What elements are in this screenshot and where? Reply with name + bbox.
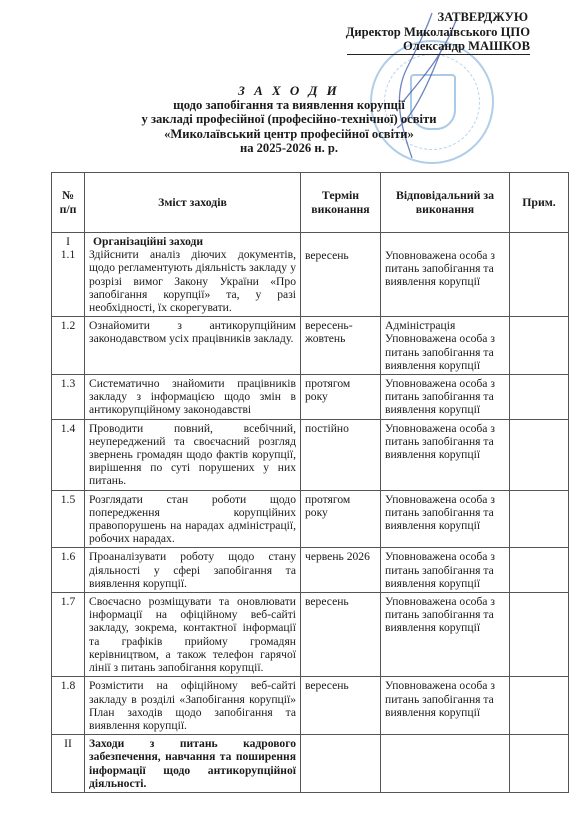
row-number: 1.8	[52, 677, 85, 735]
row-term: червень 2026	[301, 548, 381, 593]
item-number: 1.1	[56, 248, 80, 261]
row-content: Систематично знайомити працівників закла…	[85, 375, 301, 420]
header-term: Термін виконання	[301, 173, 381, 233]
row-content: Своєчасно розміщувати та оновлювати інфо…	[85, 593, 301, 677]
row-note	[510, 677, 569, 735]
title-line-3: у закладі професійної (професійно-техніч…	[0, 112, 578, 126]
table-header-row: № п/п Зміст заходів Термін виконання Від…	[52, 173, 569, 233]
table-row: 1.8Розмістити на офіційному веб-сайті за…	[52, 677, 569, 735]
row-responsible: Уповноважена особа з питань запобігання …	[381, 419, 510, 490]
row-term: протягом року	[301, 375, 381, 420]
term-text: вересень	[305, 249, 376, 262]
row-term	[301, 735, 381, 793]
row-number: 1.7	[52, 593, 85, 677]
row-responsible: Уповноважена особа з питань запобігання …	[381, 490, 510, 548]
row-note	[510, 317, 569, 375]
row-content: Розглядати стан роботи щодо попередження…	[85, 490, 301, 548]
row-content: Організаційні заходи Здійснити аналіз ді…	[85, 233, 301, 317]
title-line-2: щодо запобігання та виявлення корупції	[0, 98, 578, 112]
row-term: вересень	[301, 593, 381, 677]
section-title: Заходи з питань кадрового забезпечення, …	[85, 735, 301, 793]
row-responsible: Уповноважена особа з питань запобігання …	[381, 233, 510, 317]
row-term: постійно	[301, 419, 381, 490]
row-note	[510, 375, 569, 420]
header-responsible: Відповідальний за виконання	[381, 173, 510, 233]
row-content: Проаналізувати роботу щодо стану діяльно…	[85, 548, 301, 593]
row-term: вересень-жовтень	[301, 317, 381, 375]
table-row: 1.2Ознайомити з антикорупційним законода…	[52, 317, 569, 375]
document-title: З А Х О Д И щодо запобігання та виявленн…	[0, 84, 578, 155]
row-number: 1.2	[52, 317, 85, 375]
row-content: Розмістити на офіційному веб-сайті закла…	[85, 677, 301, 735]
header-note: Прим.	[510, 173, 569, 233]
approval-position: Директор Миколаївського ЦПО	[346, 25, 530, 40]
table-row: I 1.1 Організаційні заходи Здійснити ана…	[52, 233, 569, 317]
row-responsible: Уповноважена особа з питань запобігання …	[381, 593, 510, 677]
row-term: вересень	[301, 233, 381, 317]
approval-block: ЗАТВЕРДЖУЮ Директор Миколаївського ЦПО О…	[346, 10, 530, 55]
row-responsible: Уповноважена особа з питань запобігання …	[381, 548, 510, 593]
approval-heading: ЗАТВЕРДЖУЮ	[346, 10, 528, 25]
row-note	[510, 419, 569, 490]
title-line-5: на 2025-2026 н. р.	[0, 141, 578, 155]
table-row: 1.6Проаналізувати роботу щодо стану діял…	[52, 548, 569, 593]
header-num: № п/п	[52, 173, 85, 233]
measures-table: № п/п Зміст заходів Термін виконання Від…	[51, 172, 569, 793]
row-responsible: Уповноважена особа з питань запобігання …	[381, 677, 510, 735]
title-line-4: «Миколаївський центр професійної освіти»	[0, 127, 578, 141]
row-number: 1.6	[52, 548, 85, 593]
table-row: 1.7Своєчасно розміщувати та оновлювати і…	[52, 593, 569, 677]
responsible-text: Уповноважена особа з питань запобігання …	[385, 249, 505, 289]
row-responsible: Адміністрація Уповноважена особа з питан…	[381, 317, 510, 375]
row-number: 1.5	[52, 490, 85, 548]
row-term: протягом року	[301, 490, 381, 548]
row-note	[510, 548, 569, 593]
title-main: З А Х О Д И	[0, 84, 578, 98]
table-row: 1.4Проводити повний, всебічний, неуперед…	[52, 419, 569, 490]
row-note	[510, 490, 569, 548]
section-row: IIЗаходи з питань кадрового забезпечення…	[52, 735, 569, 793]
row-responsible	[381, 735, 510, 793]
row-term: вересень	[301, 677, 381, 735]
row-note	[510, 233, 569, 317]
table-row: 1.5Розглядати стан роботи щодо попередже…	[52, 490, 569, 548]
section-number: I	[56, 235, 80, 248]
row-responsible: Уповноважена особа з питань запобігання …	[381, 375, 510, 420]
table-row: 1.3Систематично знайомити працівників за…	[52, 375, 569, 420]
row-number: 1.3	[52, 375, 85, 420]
header-content: Зміст заходів	[85, 173, 301, 233]
row-note	[510, 593, 569, 677]
item-content: Здійснити аналіз діючих документів, щодо…	[89, 248, 296, 314]
row-content: Проводити повний, всебічний, неупереджен…	[85, 419, 301, 490]
approval-signatory: Олександр МАШКОВ	[347, 39, 530, 55]
section-title: Організаційні заходи	[89, 235, 296, 248]
row-note	[510, 735, 569, 793]
section-number: II	[52, 735, 85, 793]
row-number: I 1.1	[52, 233, 85, 317]
row-content: Ознайомити з антикорупційним законодавст…	[85, 317, 301, 375]
row-number: 1.4	[52, 419, 85, 490]
